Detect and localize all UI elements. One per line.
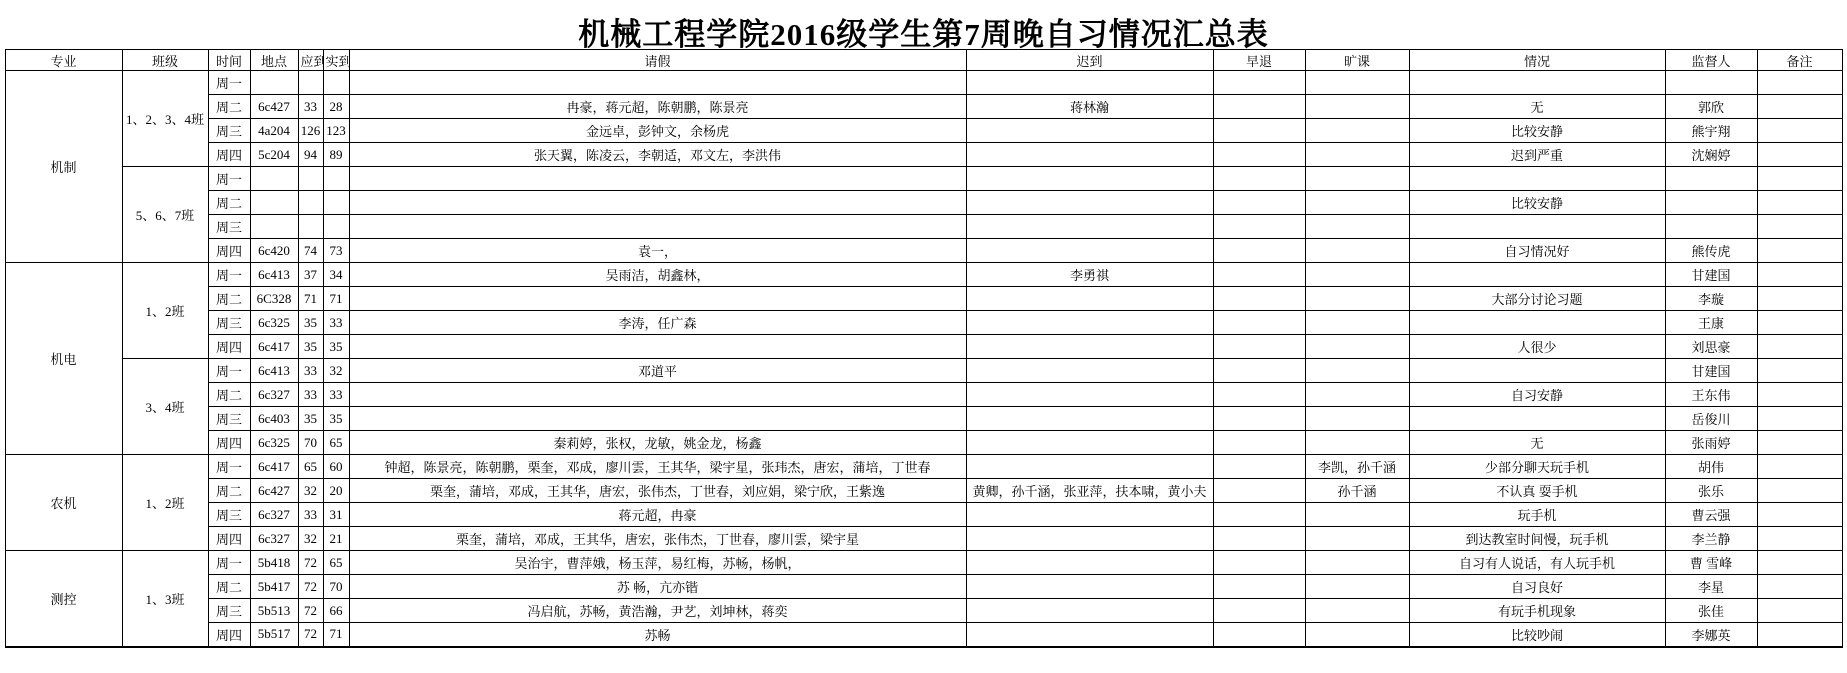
actual-count-cell: 21 [323,527,349,551]
absent-list-cell [1305,407,1409,431]
supervisor-cell: 胡伟 [1665,455,1757,479]
expected-count-cell: 32 [298,527,323,551]
remark-cell [1757,239,1842,263]
leave-list-cell [349,383,966,407]
late-list-cell [966,455,1213,479]
location-cell: 5c204 [250,143,298,167]
remark-cell [1757,527,1842,551]
leave-list-cell: 金远卓，彭钟文，余杨虎 [349,119,966,143]
leave-list-cell [349,215,966,239]
location-cell: 6c413 [250,359,298,383]
table-body: 机制1、2、3、4班周一周二6c4273328冉豪，蒋元超，陈朝鹏，陈景亮蒋林瀚… [5,71,1842,647]
class-cell: 1、2班 [122,263,208,359]
table-row: 周四5c2049489张天翼，陈凌云，李朝适，邓文左，李洪伟迟到严重沈娴婷 [5,143,1842,167]
remark-cell [1757,479,1842,503]
late-list-cell [966,599,1213,623]
column-header: 专业 [5,50,122,71]
supervisor-cell: 李娜英 [1665,623,1757,647]
table-row: 周四5b5177271苏畅比较吵闹李娜英 [5,623,1842,647]
expected-count-cell: 35 [298,407,323,431]
absent-list-cell [1305,263,1409,287]
remark-cell [1757,383,1842,407]
late-list-cell [966,503,1213,527]
situation-cell: 有玩手机现象 [1409,599,1665,623]
early-leave-cell [1213,407,1305,431]
actual-count-cell: 70 [323,575,349,599]
day-cell: 周四 [208,431,250,455]
column-header: 监督人 [1665,50,1757,71]
expected-count-cell: 94 [298,143,323,167]
early-leave-cell [1213,383,1305,407]
early-leave-cell [1213,287,1305,311]
table-row: 周二6c4273328冉豪，蒋元超，陈朝鹏，陈景亮蒋林瀚无郭欣 [5,95,1842,119]
expected-count-cell: 33 [298,95,323,119]
day-cell: 周二 [208,95,250,119]
late-list-cell [966,335,1213,359]
early-leave-cell [1213,311,1305,335]
actual-count-cell [323,167,349,191]
expected-count-cell: 33 [298,383,323,407]
expected-count-cell: 72 [298,575,323,599]
remark-cell [1757,119,1842,143]
supervisor-cell: 王东伟 [1665,383,1757,407]
day-cell: 周一 [208,359,250,383]
absent-list-cell [1305,335,1409,359]
location-cell: 6C328 [250,287,298,311]
actual-count-cell: 32 [323,359,349,383]
situation-cell: 自习有人说话，有人玩手机 [1409,551,1665,575]
table-row: 机制1、2、3、4班周一 [5,71,1842,95]
class-cell: 1、2、3、4班 [122,71,208,167]
leave-list-cell: 吴雨洁，胡鑫林， [349,263,966,287]
actual-count-cell: 28 [323,95,349,119]
remark-cell [1757,215,1842,239]
leave-list-cell [349,335,966,359]
leave-list-cell: 冯启航，苏畅，黄浩瀚，尹艺，刘坤林，蒋奕 [349,599,966,623]
column-header: 备注 [1757,50,1842,71]
location-cell [250,191,298,215]
leave-list-cell: 苏畅 [349,623,966,647]
location-cell: 5b513 [250,599,298,623]
early-leave-cell [1213,191,1305,215]
absent-list-cell [1305,311,1409,335]
absent-list-cell [1305,119,1409,143]
situation-cell: 少部分聊天玩手机 [1409,455,1665,479]
situation-cell: 比较吵闹 [1409,623,1665,647]
location-cell: 6c325 [250,311,298,335]
expected-count-cell: 37 [298,263,323,287]
day-cell: 周四 [208,143,250,167]
table-row: 周三6c3273331蒋元超，冉豪玩手机曹云强 [5,503,1842,527]
leave-list-cell: 冉豪，蒋元超，陈朝鹏，陈景亮 [349,95,966,119]
remark-cell [1757,71,1842,95]
table-row: 周二6c4273220栗奎，蒲培，邓成，王其华，唐宏，张伟杰，丁世春，刘应娟，梁… [5,479,1842,503]
remark-cell [1757,287,1842,311]
actual-count-cell: 71 [323,287,349,311]
remark-cell [1757,575,1842,599]
day-cell: 周二 [208,287,250,311]
absent-list-cell [1305,167,1409,191]
actual-count-cell: 73 [323,239,349,263]
table-row: 农机1、2班周一6c4176560钟超，陈景亮，陈朝鹏，栗奎，邓成，廖川雲，王其… [5,455,1842,479]
absent-list-cell [1305,287,1409,311]
actual-count-cell: 31 [323,503,349,527]
remark-cell [1757,431,1842,455]
early-leave-cell [1213,215,1305,239]
remark-cell [1757,311,1842,335]
absent-list-cell [1305,215,1409,239]
class-cell: 3、4班 [122,359,208,455]
remark-cell [1757,359,1842,383]
situation-cell: 不认真 耍手机 [1409,479,1665,503]
table-row: 3、4班周一6c4133332邓道平甘建国 [5,359,1842,383]
early-leave-cell [1213,143,1305,167]
late-list-cell [966,575,1213,599]
late-list-cell [966,431,1213,455]
absent-list-cell [1305,599,1409,623]
leave-list-cell: 吴治宇，曹萍娥，杨玉萍，易红梅，苏畅，杨帆， [349,551,966,575]
study-summary-table: 专业班级时间地点应到实到请假迟到早退旷课情况监督人备注 机制1、2、3、4班周一… [5,49,1843,648]
actual-count-cell: 60 [323,455,349,479]
late-list-cell: 李勇祺 [966,263,1213,287]
late-list-cell [966,383,1213,407]
supervisor-cell: 熊宇翔 [1665,119,1757,143]
expected-count-cell: 33 [298,503,323,527]
expected-count-cell: 35 [298,335,323,359]
situation-cell: 自习情况好 [1409,239,1665,263]
early-leave-cell [1213,551,1305,575]
absent-list-cell [1305,359,1409,383]
column-header: 地点 [250,50,298,71]
table-row: 周三5b5137266冯启航，苏畅，黄浩瀚，尹艺，刘坤林，蒋奕有玩手机现象张佳 [5,599,1842,623]
actual-count-cell: 65 [323,551,349,575]
absent-list-cell [1305,143,1409,167]
table-row: 周四6c4207473袁一，自习情况好熊传虎 [5,239,1842,263]
supervisor-cell: 张佳 [1665,599,1757,623]
absent-list-cell: 孙千涵 [1305,479,1409,503]
late-list-cell [966,239,1213,263]
location-cell: 6c413 [250,263,298,287]
early-leave-cell [1213,239,1305,263]
supervisor-cell: 刘思豪 [1665,335,1757,359]
expected-count-cell: 71 [298,287,323,311]
location-cell [250,167,298,191]
table-row: 周四6c3273221栗奎，蒲培，邓成，王其华，唐宏，张伟杰，丁世春，廖川雲，梁… [5,527,1842,551]
table-row: 周四6c4173535人很少刘思豪 [5,335,1842,359]
absent-list-cell [1305,623,1409,647]
class-cell: 1、2班 [122,455,208,551]
situation-cell: 无 [1409,431,1665,455]
actual-count-cell [323,71,349,95]
expected-count-cell: 72 [298,551,323,575]
major-cell: 机制 [5,71,122,263]
location-cell: 6c417 [250,455,298,479]
early-leave-cell [1213,527,1305,551]
expected-count-cell [298,71,323,95]
actual-count-cell: 89 [323,143,349,167]
day-cell: 周一 [208,71,250,95]
remark-cell [1757,407,1842,431]
location-cell: 6c417 [250,335,298,359]
situation-cell [1409,215,1665,239]
day-cell: 周三 [208,311,250,335]
actual-count-cell: 66 [323,599,349,623]
situation-cell [1409,167,1665,191]
day-cell: 周一 [208,167,250,191]
class-cell: 5、6、7班 [122,167,208,263]
situation-cell: 迟到严重 [1409,143,1665,167]
leave-list-cell: 栗奎，蒲培，邓成，王其华，唐宏，张伟杰，丁世春，刘应娟，梁宁欣，王紫逸 [349,479,966,503]
absent-list-cell [1305,95,1409,119]
early-leave-cell [1213,575,1305,599]
late-list-cell [966,143,1213,167]
expected-count-cell: 33 [298,359,323,383]
actual-count-cell: 35 [323,407,349,431]
table-row: 周二比较安静 [5,191,1842,215]
late-list-cell [966,551,1213,575]
leave-list-cell: 栗奎，蒲培，邓成，王其华，唐宏，张伟杰，丁世春，廖川雲，梁宇星 [349,527,966,551]
late-list-cell [966,71,1213,95]
leave-list-cell: 苏 畅，亢亦锴 [349,575,966,599]
supervisor-cell [1665,167,1757,191]
location-cell: 6c327 [250,383,298,407]
late-list-cell [966,623,1213,647]
absent-list-cell [1305,239,1409,263]
table-row: 周二6c3273333自习安静王东伟 [5,383,1842,407]
early-leave-cell [1213,359,1305,383]
early-leave-cell [1213,71,1305,95]
situation-cell: 人很少 [1409,335,1665,359]
remark-cell [1757,623,1842,647]
situation-cell [1409,407,1665,431]
early-leave-cell [1213,119,1305,143]
column-header: 时间 [208,50,250,71]
day-cell: 周四 [208,527,250,551]
leave-list-cell: 邓道平 [349,359,966,383]
remark-cell [1757,503,1842,527]
absent-list-cell [1305,71,1409,95]
day-cell: 周三 [208,407,250,431]
early-leave-cell [1213,479,1305,503]
situation-cell [1409,263,1665,287]
late-list-cell [966,407,1213,431]
situation-cell [1409,359,1665,383]
expected-count-cell [298,215,323,239]
late-list-cell [966,215,1213,239]
major-cell: 机电 [5,263,122,455]
remark-cell [1757,191,1842,215]
expected-count-cell [298,167,323,191]
table-row: 周三6c4033535岳俊川 [5,407,1842,431]
location-cell: 6c427 [250,95,298,119]
column-header: 实到 [323,50,349,71]
late-list-cell: 黄卿，孙千涵，张亚萍，扶本啸，黄小夫 [966,479,1213,503]
early-leave-cell [1213,263,1305,287]
absent-list-cell [1305,503,1409,527]
actual-count-cell: 33 [323,383,349,407]
absent-list-cell [1305,191,1409,215]
location-cell: 5b517 [250,623,298,647]
supervisor-cell: 王康 [1665,311,1757,335]
late-list-cell [966,167,1213,191]
major-cell: 测控 [5,551,122,647]
situation-cell: 无 [1409,95,1665,119]
table-row: 周二5b4177270苏 畅，亢亦锴自习良好李星 [5,575,1842,599]
expected-count-cell: 126 [298,119,323,143]
situation-cell: 大部分讨论习题 [1409,287,1665,311]
expected-count-cell: 70 [298,431,323,455]
leave-list-cell: 张天翼，陈凌云，李朝适，邓文左，李洪伟 [349,143,966,167]
late-list-cell [966,359,1213,383]
supervisor-cell: 甘建国 [1665,263,1757,287]
late-list-cell [966,287,1213,311]
leave-list-cell [349,71,966,95]
location-cell [250,215,298,239]
situation-cell: 到达教室时间慢，玩手机 [1409,527,1665,551]
actual-count-cell: 20 [323,479,349,503]
leave-list-cell [349,191,966,215]
leave-list-cell [349,407,966,431]
location-cell: 5b418 [250,551,298,575]
early-leave-cell [1213,167,1305,191]
absent-list-cell [1305,527,1409,551]
day-cell: 周三 [208,599,250,623]
leave-list-cell [349,167,966,191]
major-cell: 农机 [5,455,122,551]
table-row: 周三6c3253533李涛，任广森王康 [5,311,1842,335]
expected-count-cell: 74 [298,239,323,263]
table-row: 机电1、2班周一6c4133734吴雨洁，胡鑫林，李勇祺甘建国 [5,263,1842,287]
actual-count-cell: 71 [323,623,349,647]
remark-cell [1757,455,1842,479]
early-leave-cell [1213,455,1305,479]
table-row: 周四6c3257065秦莉婷，张权，龙敏，姚金龙，杨鑫无张雨婷 [5,431,1842,455]
day-cell: 周四 [208,623,250,647]
late-list-cell [966,527,1213,551]
expected-count-cell: 72 [298,623,323,647]
supervisor-cell: 李璇 [1665,287,1757,311]
day-cell: 周一 [208,455,250,479]
supervisor-cell: 李兰静 [1665,527,1757,551]
supervisor-cell: 郭欣 [1665,95,1757,119]
leave-list-cell: 秦莉婷，张权，龙敏，姚金龙，杨鑫 [349,431,966,455]
supervisor-cell: 曹 雪峰 [1665,551,1757,575]
late-list-cell [966,311,1213,335]
supervisor-cell: 曹云强 [1665,503,1757,527]
supervisor-cell: 熊传虎 [1665,239,1757,263]
leave-list-cell: 钟超，陈景亮，陈朝鹏，栗奎，邓成，廖川雲，王其华，梁宇星，张玮杰，唐宏，蒲培，丁… [349,455,966,479]
location-cell: 5b417 [250,575,298,599]
remark-cell [1757,335,1842,359]
supervisor-cell: 岳俊川 [1665,407,1757,431]
late-list-cell: 蒋林瀚 [966,95,1213,119]
actual-count-cell: 123 [323,119,349,143]
early-leave-cell [1213,503,1305,527]
table-row: 周三 [5,215,1842,239]
remark-cell [1757,167,1842,191]
day-cell: 周四 [208,239,250,263]
day-cell: 周二 [208,191,250,215]
actual-count-cell: 34 [323,263,349,287]
absent-list-cell: 李凯，孙千涵 [1305,455,1409,479]
table-row: 周二6C3287171大部分讨论习题李璇 [5,287,1842,311]
supervisor-cell: 李星 [1665,575,1757,599]
supervisor-cell [1665,215,1757,239]
supervisor-cell [1665,191,1757,215]
situation-cell: 自习良好 [1409,575,1665,599]
location-cell: 6c327 [250,527,298,551]
actual-count-cell [323,215,349,239]
leave-list-cell: 蒋元超，冉豪 [349,503,966,527]
location-cell: 6c427 [250,479,298,503]
remark-cell [1757,95,1842,119]
table-row: 周三4a204126123金远卓，彭钟文，余杨虎比较安静熊宇翔 [5,119,1842,143]
expected-count-cell [298,191,323,215]
absent-list-cell [1305,383,1409,407]
actual-count-cell [323,191,349,215]
location-cell: 6c403 [250,407,298,431]
day-cell: 周一 [208,551,250,575]
actual-count-cell: 35 [323,335,349,359]
location-cell: 6c327 [250,503,298,527]
remark-cell [1757,599,1842,623]
column-header: 情况 [1409,50,1665,71]
leave-list-cell [349,287,966,311]
situation-cell: 自习安静 [1409,383,1665,407]
expected-count-cell: 32 [298,479,323,503]
day-cell: 周二 [208,479,250,503]
day-cell: 周二 [208,575,250,599]
absent-list-cell [1305,575,1409,599]
early-leave-cell [1213,335,1305,359]
remark-cell [1757,143,1842,167]
early-leave-cell [1213,95,1305,119]
day-cell: 周四 [208,335,250,359]
absent-list-cell [1305,551,1409,575]
supervisor-cell: 张雨婷 [1665,431,1757,455]
absent-list-cell [1305,431,1409,455]
location-cell: 4a204 [250,119,298,143]
situation-cell: 比较安静 [1409,119,1665,143]
day-cell: 周三 [208,119,250,143]
situation-cell [1409,71,1665,95]
table-row: 5、6、7班周一 [5,167,1842,191]
expected-count-cell: 35 [298,311,323,335]
supervisor-cell [1665,71,1757,95]
expected-count-cell: 72 [298,599,323,623]
actual-count-cell: 65 [323,431,349,455]
situation-cell [1409,311,1665,335]
supervisor-cell: 沈娴婷 [1665,143,1757,167]
page-title: 机械工程学院2016级学生第7周晚自习情况汇总表 [0,0,1847,49]
remark-cell [1757,551,1842,575]
location-cell: 6c420 [250,239,298,263]
expected-count-cell: 65 [298,455,323,479]
day-cell: 周一 [208,263,250,287]
supervisor-cell: 张乐 [1665,479,1757,503]
column-header: 应到 [298,50,323,71]
day-cell: 周二 [208,383,250,407]
leave-list-cell: 袁一， [349,239,966,263]
early-leave-cell [1213,431,1305,455]
day-cell: 周三 [208,215,250,239]
location-cell: 6c325 [250,431,298,455]
table-row: 测控1、3班周一5b4187265吴治宇，曹萍娥，杨玉萍，易红梅，苏畅，杨帆，自… [5,551,1842,575]
situation-cell: 玩手机 [1409,503,1665,527]
day-cell: 周三 [208,503,250,527]
remark-cell [1757,263,1842,287]
early-leave-cell [1213,623,1305,647]
